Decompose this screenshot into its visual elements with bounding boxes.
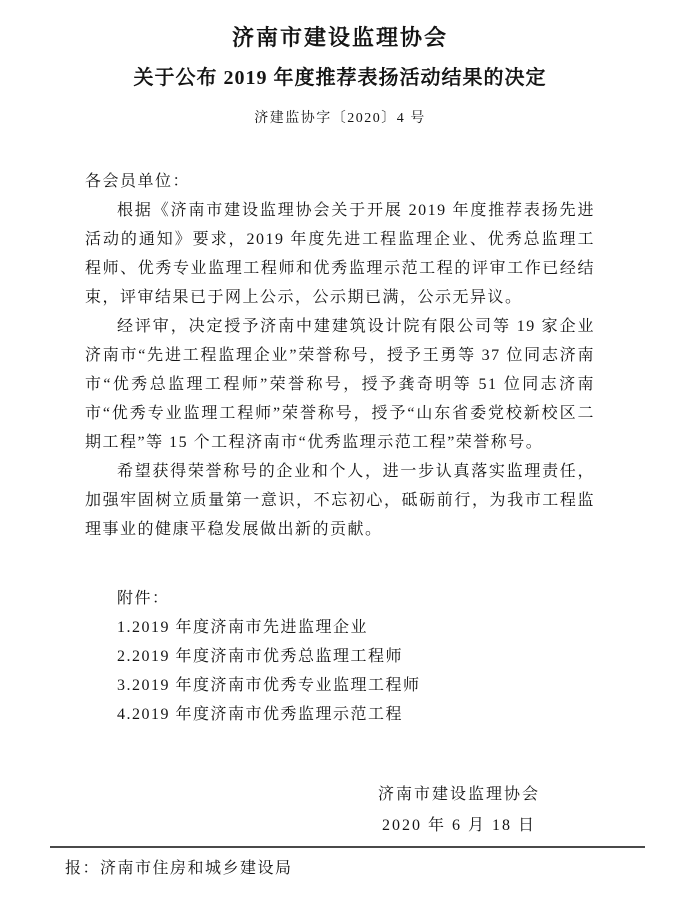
document-header: 济南市建设监理协会 关于公布 2019 年度推荐表扬活动结果的决定 济建监协字〔… (85, 22, 595, 127)
attachments-section: 附件： 1.2019 年度济南市先进监理企业 2.2019 年度济南市优秀总监理… (85, 584, 595, 729)
document-title-org: 济南市建设监理协会 (85, 22, 595, 54)
document-body: 各会员单位： 根据《济南市建设监理协会关于开展 2019 年度推荐表扬先进活动的… (85, 167, 595, 841)
attachment-item: 4.2019 年度济南市优秀监理示范工程 (117, 700, 595, 729)
attachments-label: 附件： (117, 584, 595, 613)
document-footer: 报：济南市住房和城乡建设局 (50, 846, 645, 878)
paragraph-hope: 希望获得荣誉称号的企业和个人，进一步认真落实监理责任，加强牢固树立质量第一意识，… (85, 457, 595, 544)
document-page: 济南市建设监理协会 关于公布 2019 年度推荐表扬活动结果的决定 济建监协字〔… (0, 0, 680, 914)
signature-org: 济南市建设监理协会 (378, 779, 540, 810)
footer-divider (50, 846, 645, 848)
document-title-subject: 关于公布 2019 年度推荐表扬活动结果的决定 (85, 62, 595, 94)
signature-block: 济南市建设监理协会 2020 年 6 月 18 日 (378, 779, 540, 841)
attachment-item: 3.2019 年度济南市优秀专业监理工程师 (117, 671, 595, 700)
salutation: 各会员单位： (85, 167, 595, 196)
signature-date: 2020 年 6 月 18 日 (378, 810, 540, 841)
attachment-item: 1.2019 年度济南市先进监理企业 (117, 613, 595, 642)
paragraph-decision: 经评审，决定授予济南中建建筑设计院有限公司等 19 家企业济南市“先进工程监理企… (85, 312, 595, 457)
paragraph-basis: 根据《济南市建设监理协会关于开展 2019 年度推荐表扬先进活动的通知》要求，2… (85, 196, 595, 312)
attachment-item: 2.2019 年度济南市优秀总监理工程师 (117, 642, 595, 671)
report-line: 报：济南市住房和城乡建设局 (65, 855, 645, 878)
document-number: 济建监协字〔2020〕4 号 (85, 107, 595, 127)
